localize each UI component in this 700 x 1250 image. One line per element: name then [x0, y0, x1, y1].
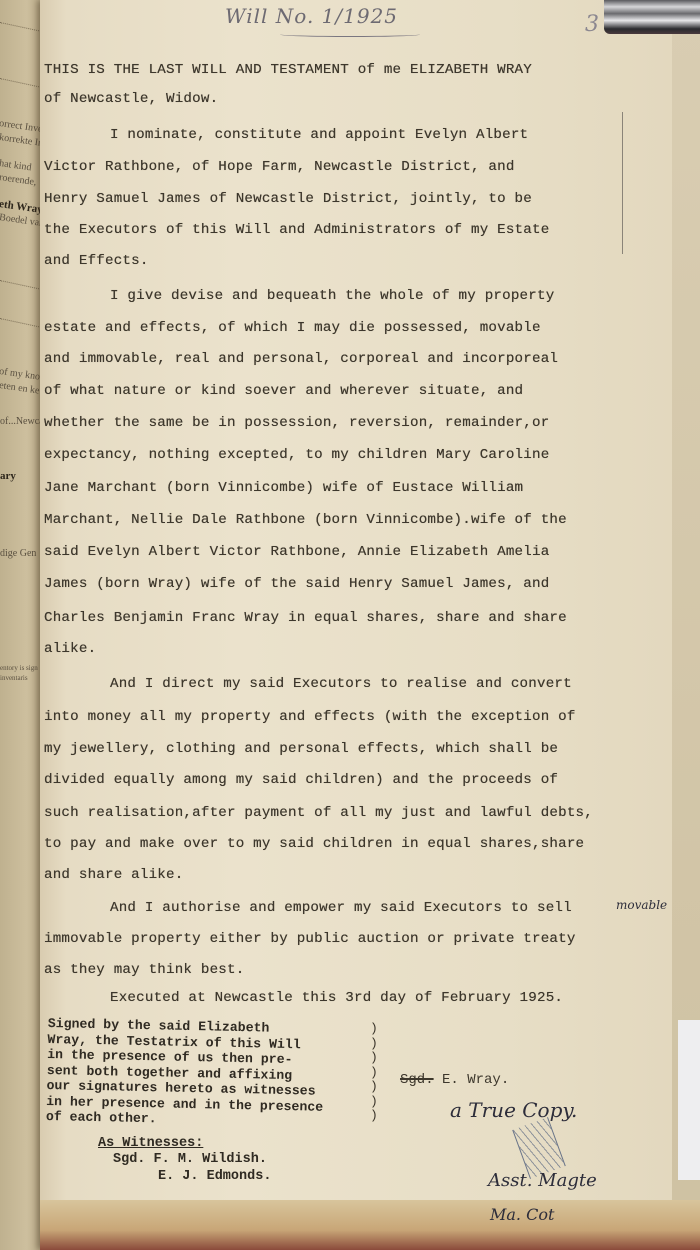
left-page-fragment: entory is sign: [0, 664, 38, 672]
testatrix-signature: Sgd. E. Wray.: [400, 1072, 509, 1088]
left-page-fragment: ary: [0, 470, 16, 482]
typed-line: estate and effects, of which I may die p…: [44, 320, 541, 336]
testatrix-name: E. Wray.: [442, 1072, 509, 1088]
witness-name: F. M. Wildish.: [154, 1152, 267, 1167]
typed-line: Executed at Newcastle this 3rd day of Fe…: [44, 990, 563, 1006]
typed-line: Henry Samuel James of Newcastle District…: [44, 191, 532, 207]
page-number: 3: [585, 12, 599, 37]
left-page-fragment: roerende,: [0, 172, 37, 188]
attestation-clause: Signed by the said Elizabeth Wray, the T…: [46, 1016, 325, 1130]
page-corner: [678, 1020, 700, 1180]
typed-line: to pay and make over to my said children…: [44, 836, 584, 852]
dotted-line: [0, 318, 43, 328]
file-reference-underline: [280, 32, 420, 37]
typed-line: into money all my property and effects (…: [44, 709, 576, 725]
typed-line: immovable property either by public auct…: [44, 931, 576, 947]
witness-entry: E. J. Edmonds.: [158, 1169, 271, 1184]
typed-line: I nominate, constitute and appoint Evely…: [44, 127, 528, 143]
dotted-line: [0, 78, 43, 88]
typed-line: my jewellery, clothing and personal effe…: [44, 741, 558, 757]
typed-line: James (born Wray) wife of the said Henry…: [44, 576, 549, 592]
adjacent-page-edge: orrect Inve korrekte Inv hat kind roeren…: [0, 0, 44, 1250]
typed-line: THIS IS THE LAST WILL AND TESTAMENT of m…: [44, 62, 532, 78]
left-page-fragment: of...Newcas: [0, 416, 44, 427]
typed-line: and Effects.: [44, 253, 149, 269]
typed-line: expectancy, nothing excepted, to my chil…: [44, 447, 549, 463]
witness-name: E. J. Edmonds.: [158, 1169, 271, 1184]
typed-line: And I authorise and empower my said Exec…: [44, 900, 572, 916]
typed-line: of what nature or kind soever and wherev…: [44, 383, 523, 399]
typed-line: as they may think best.: [44, 962, 244, 978]
left-page-fragment: inventaris: [0, 674, 28, 682]
file-reference: Will No. 1/1925: [225, 4, 398, 28]
left-page-fragment: korrekte Inv: [0, 132, 44, 150]
witness-prefix: Sgd.: [113, 1152, 145, 1167]
typed-line: I give devise and bequeath the whole of …: [44, 288, 554, 304]
typed-line: whether the same be in possession, rever…: [44, 415, 549, 431]
left-page-fragment: dige Gen: [0, 548, 36, 559]
typed-line: Jane Marchant (born Vinnicombe) wife of …: [44, 480, 523, 496]
dotted-line: [0, 22, 43, 32]
typed-line: and immovable, real and personal, corpor…: [44, 351, 558, 367]
true-copy-certification: a True Copy.: [450, 1098, 577, 1122]
typed-line: And I direct my said Executors to realis…: [44, 676, 572, 692]
typed-line: alike.: [44, 641, 96, 657]
dotted-line: [0, 280, 43, 290]
attestation-brackets: ) ) ) ) ) ) ): [370, 1022, 378, 1124]
typed-line: and share alike.: [44, 867, 183, 883]
binder-clip: [604, 0, 700, 34]
typed-line: of Newcastle, Widow.: [44, 91, 218, 107]
witnesses-heading: As Witnesses:: [98, 1136, 203, 1151]
typed-line: such realisation,after payment of all my…: [44, 805, 593, 821]
typed-line: said Evelyn Albert Victor Rathbone, Anni…: [44, 544, 549, 560]
page-bottom-edge: [40, 1200, 700, 1250]
typed-line: divided equally among my said children) …: [44, 772, 558, 788]
typed-line: the Executors of this Will and Administr…: [44, 222, 549, 238]
struck-prefix: Sgd.: [400, 1072, 434, 1088]
witness-entry: Sgd. F. M. Wildish.: [113, 1152, 267, 1167]
typed-line: Victor Rathbone, of Hope Farm, Newcastle…: [44, 159, 515, 175]
margin-pencil-line: [622, 112, 623, 254]
typed-line: Marchant, Nellie Dale Rathbone (born Vin…: [44, 512, 567, 528]
interlineation-note: movable: [616, 898, 667, 912]
certifier-title: Ma. Cot: [490, 1205, 554, 1224]
typed-line: Charles Benjamin Franc Wray in equal sha…: [44, 610, 567, 626]
certifier-signature: Asst. Magte: [488, 1170, 597, 1191]
left-page-fragment: hat kind: [0, 158, 32, 173]
left-page-fragment: eten en ke: [0, 380, 40, 397]
